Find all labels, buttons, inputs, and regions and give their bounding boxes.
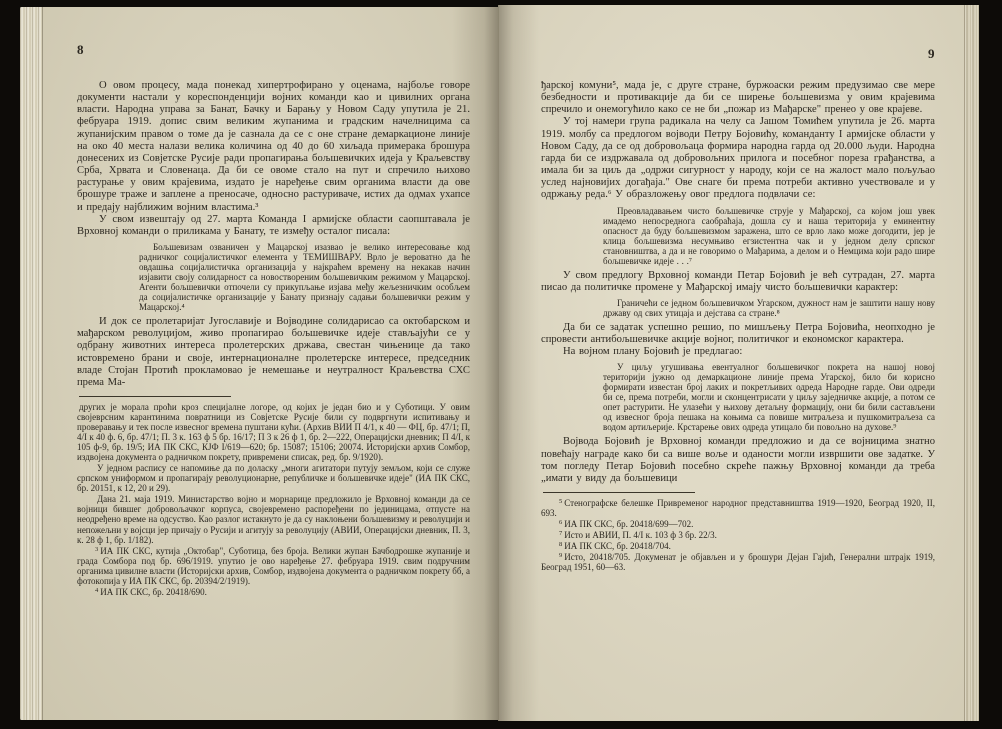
footnote: 6ИА ПК СКС, бр. 20418/699—702. — [541, 518, 935, 529]
footnote-rule — [543, 492, 695, 493]
footnote: Дана 21. маја 1919. Министарство војно и… — [77, 493, 470, 544]
footnote-marker: 5 — [559, 498, 562, 505]
footnote: других је морала проћи кроз специјалне л… — [77, 401, 470, 462]
footnote: 4ИА ПК СКС, бр. 20418/690. — [77, 586, 470, 597]
footnote-text: ИА ПК СКС, кутија „Октобар", Суботица, б… — [77, 546, 470, 586]
page-right-body: ђарској комуни⁵, мада је, с друге стране… — [541, 80, 935, 485]
paragraph: У свом предлогу Врховној команди Петар Б… — [541, 270, 935, 294]
footnote-text: Исто и АВИИ, П. 4/I к. 103 ф 3 бр. 22/3. — [564, 530, 717, 540]
footnote-rule — [79, 396, 231, 397]
page-right-footnotes: 5Стенографске белешке Привременог народн… — [541, 497, 935, 572]
footnote-text: Дана 21. маја 1919. Министарство војно и… — [77, 494, 470, 544]
block-quote: Бољшевизам озваничен у Мацарској изазвао… — [139, 242, 470, 312]
footnote-text: Исто, 20418/705. Докуменат је објављен и… — [541, 552, 935, 572]
footnote-marker: 4 — [95, 587, 98, 594]
paragraph: У свом извештају од 27. марта Команда I … — [77, 214, 470, 238]
page-number-left: 8 — [77, 43, 470, 57]
paragraph: О овом процесу, мада понекад хипертрофир… — [77, 80, 470, 214]
page-left-content: 8 О овом процесу, мада понекад хипертроф… — [20, 7, 498, 720]
footnote-marker: 9 — [559, 552, 562, 559]
footnote: 3ИА ПК СКС, кутија „Октобар", Суботица, … — [77, 545, 470, 586]
paragraph: На војном плану Бојовић је предлагао: — [541, 346, 935, 358]
scanned-book-spread: { "pages": [ { "page_number": "8", "bloc… — [0, 0, 1002, 729]
footnote-marker: 6 — [559, 519, 562, 526]
page-number-right: 9 — [541, 47, 935, 61]
paragraph-continuation: ђарској комуни⁵, мада је, с друге стране… — [541, 80, 935, 116]
page-left: 8 О овом процесу, мада понекад хипертроф… — [20, 7, 498, 720]
footnote-marker: 3 — [95, 546, 98, 553]
footnote: У једном распису се напомиње да по долас… — [77, 462, 470, 493]
paragraph: У тој намери група радикала на челу са Ј… — [541, 116, 935, 201]
footnote-text: ИА ПК СКС, бр. 20418/704. — [564, 541, 671, 551]
paragraph: И док се пролетаријат Југославије и Војв… — [77, 316, 470, 389]
footnote-text: других је морала проћи кроз специјалне л… — [77, 402, 470, 462]
book-spread: 8 О овом процесу, мада понекад хипертроф… — [0, 0, 1002, 729]
page-right-content: 9 ђарској комуни⁵, мада је, с друге стра… — [498, 5, 979, 721]
page-left-footnotes: других је морала проћи кроз специјалне л… — [77, 401, 470, 597]
block-quote: Граничећи се једном бољшевичком Угарском… — [603, 298, 935, 318]
footnote-text: Стенографске белешке Привременог народно… — [541, 498, 935, 518]
footnote-text: ИА ПК СКС, бр. 20418/690. — [100, 587, 207, 597]
paragraph: Да би се задатак успешно решио, по мишље… — [541, 322, 935, 346]
footnote-text: ИА ПК СКС, бр. 20418/699—702. — [564, 519, 693, 529]
page-right: 9 ђарској комуни⁵, мада је, с друге стра… — [498, 5, 979, 721]
footnote: 5Стенографске белешке Привременог народн… — [541, 497, 935, 518]
footnote-marker: 8 — [559, 541, 562, 548]
footnote: 9Исто, 20418/705. Докуменат је објављен … — [541, 551, 935, 572]
block-quote: Преовладавањем чисто бољшевичке струје у… — [603, 206, 935, 266]
block-quote: У циљу угушивања евентуалног бољшевичког… — [603, 362, 935, 432]
footnote-text: У једном распису се напомиње да по долас… — [77, 463, 470, 493]
footnote-marker: 7 — [559, 530, 562, 537]
paragraph: Војвода Бојовић је Врховној команди пред… — [541, 436, 935, 485]
footnote: 8ИА ПК СКС, бр. 20418/704. — [541, 540, 935, 551]
footnote: 7Исто и АВИИ, П. 4/I к. 103 ф 3 бр. 22/3… — [541, 529, 935, 540]
page-left-body: О овом процесу, мада понекад хипертрофир… — [77, 80, 470, 389]
